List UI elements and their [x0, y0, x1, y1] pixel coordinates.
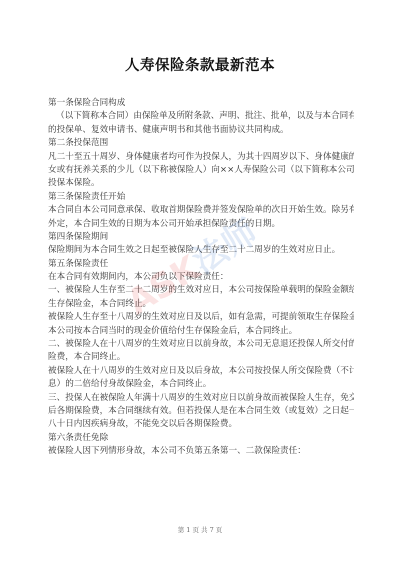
- paragraph-line: 八十日内因疾病身故，不能免交以后各期保险费。: [48, 418, 354, 431]
- paragraph-line: 险费，本合同终止。: [48, 351, 354, 364]
- paragraph-line: 息）的二倍给付身故保险金，本合同终止。: [48, 378, 354, 391]
- page-number-footer: 第 1 页 共 7 页: [0, 525, 400, 534]
- paragraph-line: 本公司按本合同当时的现金价值给付生存保险金后，本合同终止。: [48, 325, 354, 338]
- paragraph-line: 一、被保险人生存至二十二周岁的生效对应日，本公司按保险单载明的保险金额给付: [48, 284, 354, 297]
- heading-article-2: 第二条投保范围: [48, 137, 354, 150]
- paragraph-line: 在本合同有效期间内，本公司负以下保险责任：: [48, 271, 354, 284]
- heading-article-1: 第一条保险合同构成: [48, 97, 354, 110]
- paragraph-line: 的投保单、复效申请书、健康声明书和其他书面协议共同构成。: [48, 124, 354, 137]
- heading-article-4: 第四条保险期间: [48, 231, 354, 244]
- paragraph-line: 被保险人在十八周岁的生效对应日及以后身故，本公司按投保人所交保险费（不计利: [48, 365, 354, 378]
- heading-article-6: 第六条责任免除: [48, 432, 354, 445]
- paragraph-line: 后各期保险费，本合同继续有效。但若投保人是在本合同生效（或复效）之日起一百: [48, 405, 354, 418]
- paragraph-line: 被保险人因下列情形身故，本公司不负第五条第一、二款保险责任：: [48, 445, 354, 458]
- document-title: 人寿保险条款最新范本: [0, 54, 400, 75]
- paragraph-line: 生存保险金，本合同终止。: [48, 298, 354, 311]
- document-body: 第一条保险合同构成 （以下简称本合同）由保险单及所附条款、声明、批注、批单，以及…: [48, 97, 354, 459]
- paragraph-line: （以下简称本合同）由保险单及所附条款、声明、批注、批单，以及与本合同有关: [48, 110, 354, 123]
- heading-article-3: 第三条保险责任开始: [48, 191, 354, 204]
- heading-article-5: 第五条保险责任: [48, 258, 354, 271]
- paragraph-line: 凡二十至五十周岁、身体健康者均可作为投保人，为其十四周岁以下、身体健康的子: [48, 151, 354, 164]
- paragraph-line: 外定，本合同生效的日期为本公司开始承担保险责任的日期。: [48, 218, 354, 231]
- paragraph-line: 保险期间为本合同生效之日起至被保险人生存至二十二周岁的生效对应日止。: [48, 244, 354, 257]
- paragraph-line: 二、被保险人在十八周岁的生效对应日以前身故，本公司无息退还投保人所交付的保: [48, 338, 354, 351]
- paragraph-line: 本合同自本公司同意承保、收取首期保险费并签发保险单的次日开始生效。除另有约: [48, 204, 354, 217]
- paragraph-line: 被保险人生存至十八周岁的生效对应日及以后，如有急需，可提前领取生存保险金，: [48, 311, 354, 324]
- paragraph-line: 女或有抚养关系的少儿（以下称被保险人）向××人寿保险公司（以下简称本公司）: [48, 164, 354, 177]
- paragraph-line: 投保本保险。: [48, 177, 354, 190]
- document-page: 人寿保险条款最新范本 第一条保险合同构成 （以下简称本合同）由保险单及所附条款、…: [0, 0, 400, 565]
- paragraph-line: 三、投保人在被保险人年满十八周岁的生效对应日以前身故而被保险人生存，免交以: [48, 392, 354, 405]
